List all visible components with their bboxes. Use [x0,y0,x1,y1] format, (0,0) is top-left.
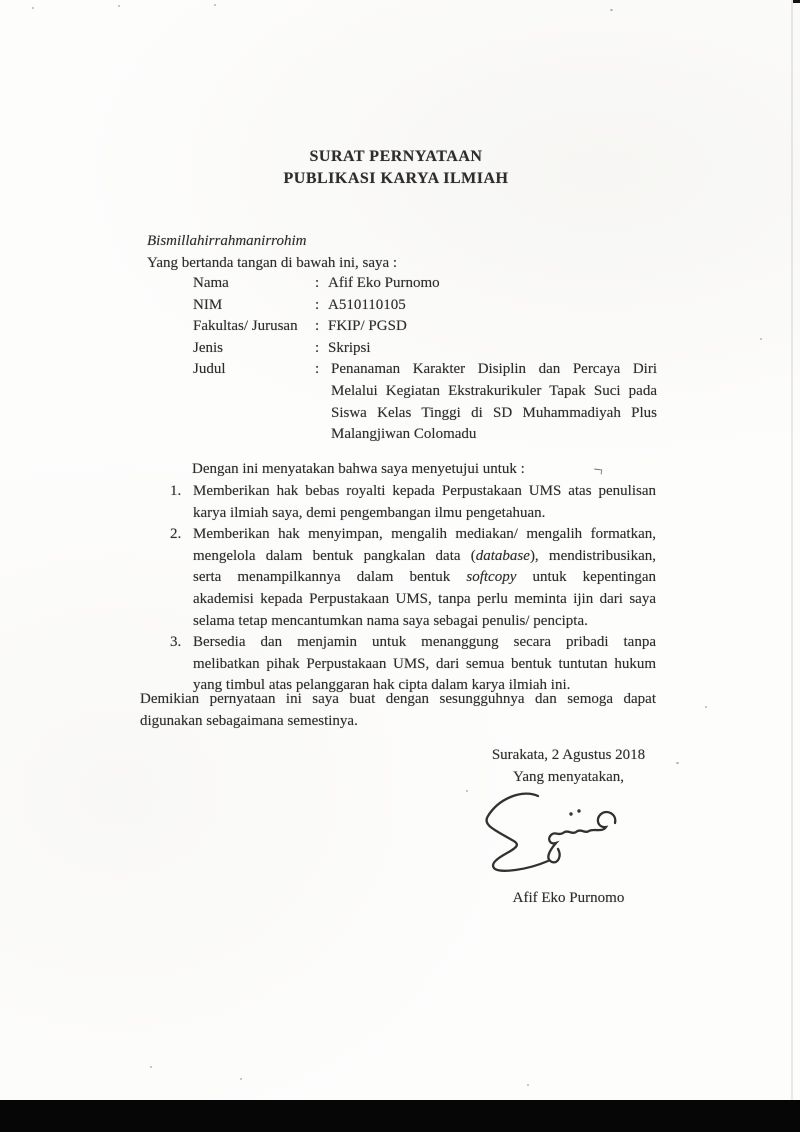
list-item-line: karya ilmiah saya, demi pengembangan ilm… [193,503,656,525]
scan-speck [594,468,603,474]
list-item-text: Memberikan hak bebas royalti kepada Perp… [193,481,656,524]
list-item-line: melibatkan pihak Perpustakaan UMS, dari … [193,654,656,676]
text-segment: mengelola dalam bentuk pangkalan data ( [193,548,476,564]
judul-line: Penanaman Karakter Disiplin dan Percaya … [331,359,657,381]
italic-term-softcopy: softcopy [466,569,516,585]
field-colon: : [315,316,323,338]
document-title: SURAT PERNYATAAN PUBLIKASI KARYA ILMIAH [0,146,792,189]
scanned-letter-page: SURAT PERNYATAAN PUBLIKASI KARYA ILMIAH … [0,0,800,1132]
scan-speck [150,1066,152,1068]
closing-paragraph: Demikian pernyataan ini saya buat dengan… [140,689,656,732]
text-segment: ), mendistribusikan, [530,548,656,564]
list-item-number: 2. [170,524,193,546]
text-segment: untuk kepentingan [516,569,656,585]
document-title-line1: SURAT PERNYATAAN [0,146,792,168]
list-item-3: 3. Bersedia dan menjamin untuk menanggun… [170,632,656,697]
signature-dot [577,809,580,812]
list-item-2: 2. Memberikan hak menyimpan, mengalih me… [170,524,656,632]
statement-list: 1. Memberikan hak bebas royalti kepada P… [170,481,656,697]
scan-speck [214,4,216,6]
field-label-fakultas: Fakultas/ Jurusan [193,316,315,338]
scan-speck [676,762,679,764]
field-colon: : [315,295,323,317]
field-row-nama: Nama : Afif Eko Purnomo [193,273,661,295]
list-item-1: 1. Memberikan hak bebas royalti kepada P… [170,481,656,524]
signature-main-stroke [487,794,548,871]
field-label-judul: Judul [193,359,315,381]
field-colon: : [315,338,323,360]
field-row-jenis: Jenis : Skripsi [193,338,661,360]
field-colon: : [315,273,323,295]
closing-line: Demikian pernyataan ini saya buat dengan… [140,689,656,711]
opening-line: Yang bertanda tangan di bawah ini, saya … [147,253,397,275]
list-item-line: akademisi kepada Perpustakaan UMS, tanpa… [193,589,656,611]
list-item-line: Memberikan hak bebas royalti kepada Perp… [193,481,656,503]
list-item-line: serta menampilkannya dalam bentuk softco… [193,567,656,589]
text-segment: serta menampilkannya dalam bentuk [193,569,466,585]
list-item-line: Memberikan hak menyimpan, mengalih media… [193,524,656,546]
field-label-jenis: Jenis [193,338,315,360]
field-label-nama: Nama [193,273,315,295]
list-item-line: selama tetap mencantumkan nama saya seba… [193,611,656,633]
document-title-line2: PUBLIKASI KARYA ILMIAH [0,168,792,190]
list-item-number: 1. [170,481,193,503]
scan-speck [760,338,762,340]
field-value-judul: Penanaman Karakter Disiplin dan Percaya … [331,359,657,445]
scan-speck [240,1078,242,1080]
italic-term-database: database [476,548,530,564]
field-value-fakultas: FKIP/ PGSD [328,316,407,338]
scanner-black-bar [0,1100,800,1132]
list-item-text: Bersedia dan menjamin untuk menanggung s… [193,632,656,697]
signature-image [455,783,645,878]
signature-script-stroke [548,812,615,862]
list-item-text: Memberikan hak menyimpan, mengalih media… [193,524,656,632]
field-value-jenis: Skripsi [328,338,371,360]
scan-corner-mark [793,0,800,3]
judul-line: Siswa Kelas Tinggi di SD Muhammadiyah Pl… [331,403,657,425]
scan-speck [527,1084,529,1086]
field-colon: : [315,359,323,381]
closing-line: digunakan sebagaimana semestinya. [140,711,656,733]
place-date-line: Surakata, 2 Agustus 2018 [487,745,650,767]
identity-fields: Nama : Afif Eko Purnomo NIM : A510110105… [193,273,661,446]
scan-speck [610,9,613,11]
bismillah-line: Bismillahirrahmanirrohim [147,231,306,253]
judul-line: Malangjiwan Colomadu [331,424,657,446]
signer-name: Afif Eko Purnomo [487,888,650,910]
field-row-fakultas: Fakultas/ Jurusan : FKIP/ PGSD [193,316,661,338]
scan-speck [118,5,120,7]
field-row-nim: NIM : A510110105 [193,295,661,317]
list-item-line: Bersedia dan menjamin untuk menanggung s… [193,632,656,654]
statement-intro: Dengan ini menyatakan bahwa saya menyetu… [192,459,525,481]
scan-speck [705,706,707,708]
scan-speck [32,7,34,9]
field-value-nim: A510110105 [328,295,406,317]
scan-speck [466,790,468,792]
field-label-nim: NIM [193,295,315,317]
list-item-line: mengelola dalam bentuk pangkalan data (d… [193,546,656,568]
signature-dot [569,812,572,815]
scan-edge-line [791,0,793,1100]
field-value-nama: Afif Eko Purnomo [328,273,440,295]
field-row-judul: Judul : Penanaman Karakter Disiplin dan … [193,359,661,445]
judul-line: Melalui Kegiatan Ekstrakurikuler Tapak S… [331,381,657,403]
list-item-number: 3. [170,632,193,654]
